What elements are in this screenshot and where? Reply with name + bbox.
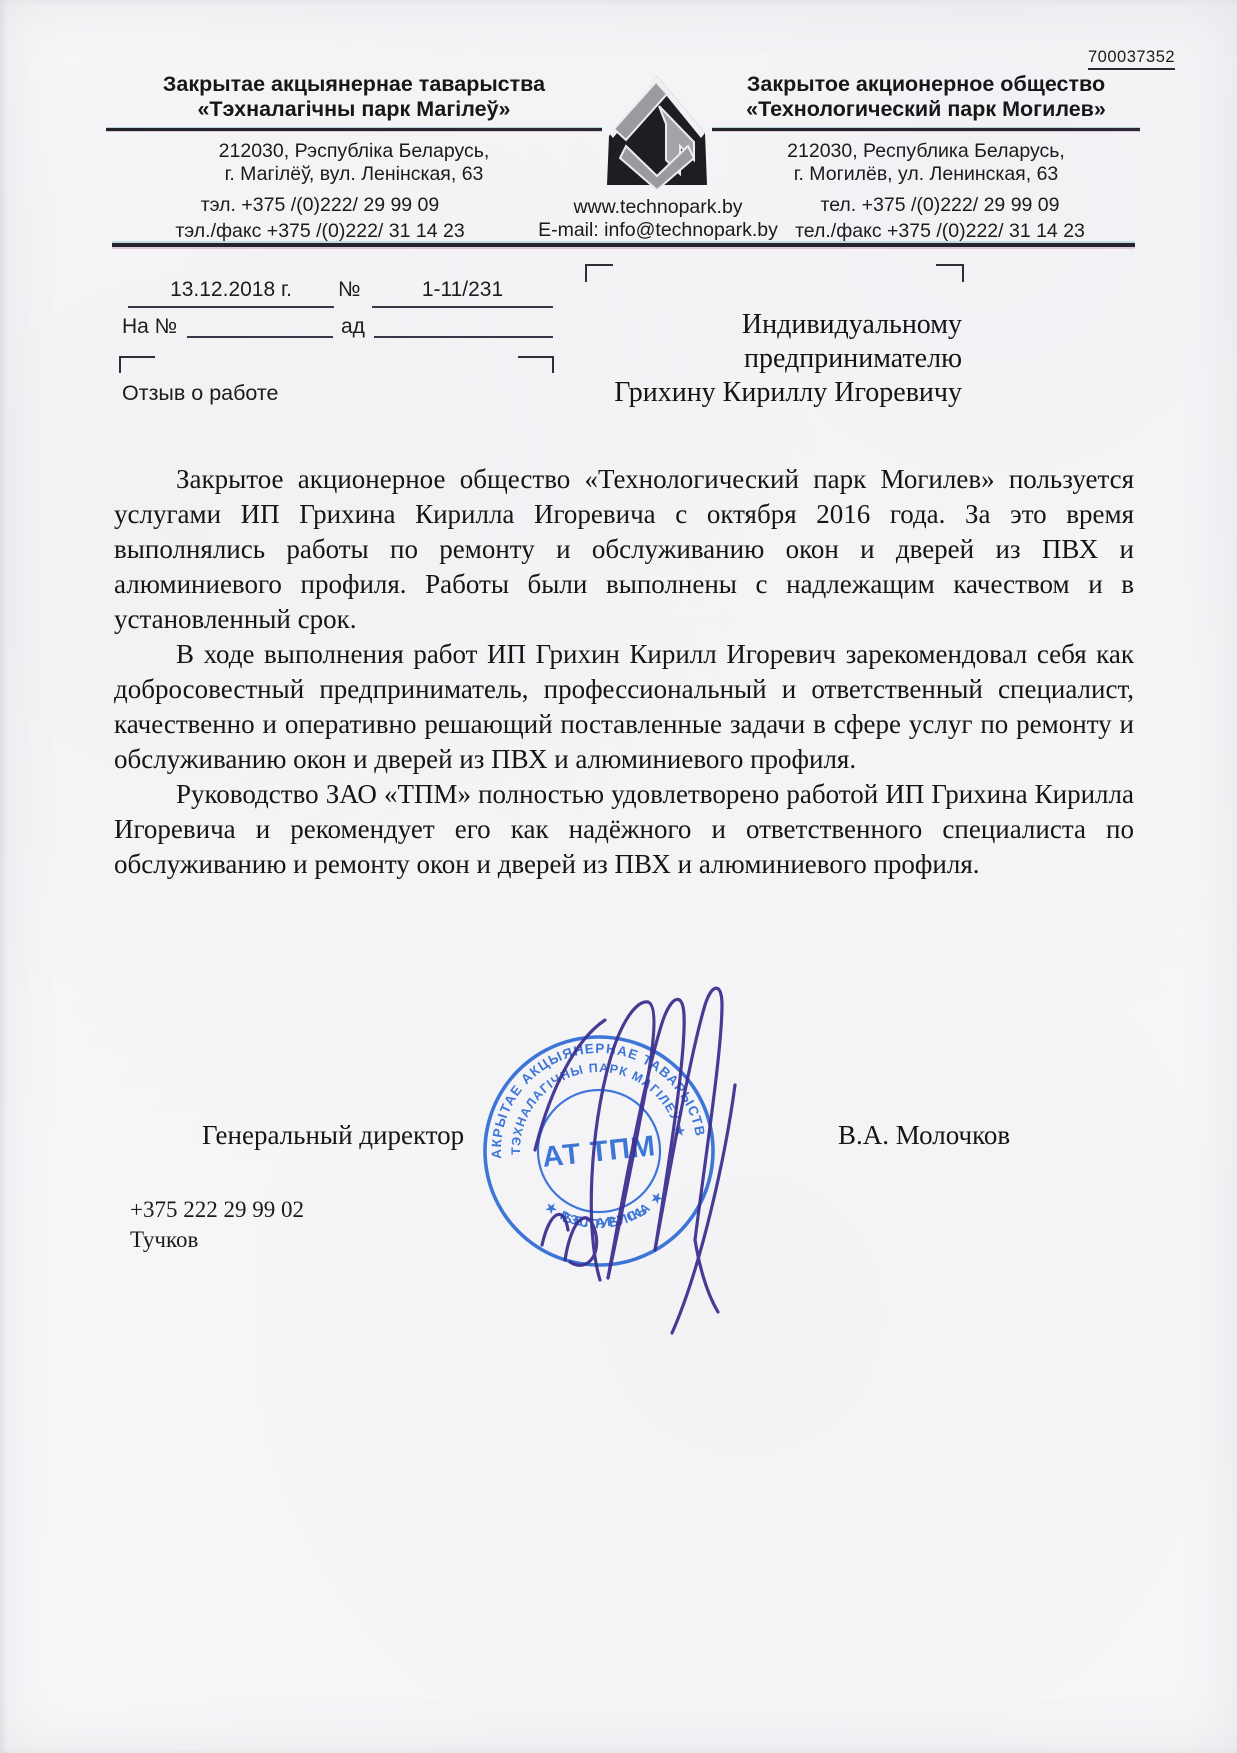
phone-ru: тел. +375 /(0)222/ 29 99 09	[756, 192, 1124, 218]
fax-by: тэл./факс +375 /(0)222/ 31 14 23	[138, 218, 502, 244]
subject-zone-corner-right	[518, 356, 554, 373]
reply-number-field	[187, 315, 333, 338]
org-address-ru-line2: г. Могилёв, ул. Ленинская, 63	[712, 163, 1140, 186]
fax-ru: тел./факс +375 /(0)222/ 31 14 23	[756, 218, 1124, 244]
org-name-by-line1: Закрытае акцыянернае таварыства	[106, 72, 602, 97]
org-name-ru-line2: «Технологический парк Могилев»	[712, 97, 1140, 122]
org-block-russian: Закрытое акционерное общество «Технологи…	[712, 72, 1140, 122]
recipient-line2: предпринимателю	[600, 342, 962, 376]
contacts-right: тел. +375 /(0)222/ 29 99 09 тел./факс +3…	[756, 192, 1124, 244]
contacts-center: www.technopark.by E-mail: info@technopar…	[538, 196, 778, 242]
body-paragraph-3: Руководство ЗАО «ТПМ» полностью удовлетв…	[114, 777, 1134, 882]
letter-number-field: 1-11/231	[372, 278, 553, 308]
letter-date: 13.12.2018 г.	[170, 278, 292, 301]
email-link: E-mail: info@technopark.by	[538, 219, 778, 242]
org-ru-divider	[712, 128, 1140, 131]
document-serial-number: 700037352	[1088, 48, 1175, 70]
address-zone-corner-left	[585, 264, 613, 282]
org-name-ru-line1: Закрытое акционерное общество	[712, 72, 1140, 97]
org-address-by-line1: 212030, Рэспубліка Беларусь,	[106, 140, 602, 163]
recipient-line1: Индивидуальному	[600, 308, 962, 342]
from-label: ад	[341, 315, 365, 339]
letter-body: Закрытое акционерное общество «Технологи…	[114, 462, 1134, 882]
recipient-line3: Грихину Кириллу Игоревичу	[600, 376, 962, 410]
org-address-ru: 212030, Республика Беларусь, г. Могилёв,…	[712, 140, 1140, 186]
org-block-belarusian: Закрытае акцыянернае таварыства «Тэхнала…	[106, 72, 602, 122]
phone-by: тэл. +375 /(0)222/ 29 99 09	[138, 192, 502, 218]
org-name-by-line2: «Тэхналагічны парк Магілеў»	[106, 97, 602, 122]
executor-phone: +375 222 29 99 02	[130, 1196, 304, 1224]
director-signature	[520, 965, 755, 1340]
subject-line: Отзыв о работе	[122, 381, 278, 406]
org-by-divider	[106, 128, 602, 131]
org-address-by: 212030, Рэспубліка Беларусь, г. Магілёў,…	[106, 140, 602, 186]
reply-date-field	[374, 315, 553, 338]
website-link: www.technopark.by	[538, 196, 778, 219]
technopark-logo-icon	[604, 72, 710, 190]
recipient-block: Индивидуальному предпринимателю Грихину …	[600, 308, 962, 410]
subject-zone-corner-left	[119, 356, 155, 373]
scanned-letter: 700037352 Закрытае акцыянернае таварыств…	[0, 0, 1237, 1753]
header-divider	[112, 243, 1135, 247]
letter-date-field: 13.12.2018 г.	[128, 278, 334, 308]
address-zone-corner-right	[936, 264, 964, 282]
org-address-by-line2: г. Магілёў, вул. Ленінская, 63	[106, 163, 602, 186]
letter-number: 1-11/231	[422, 278, 503, 301]
reply-to-label: На №	[122, 315, 177, 339]
executor-name: Тучков	[130, 1226, 198, 1254]
signer-name: В.А. Молочков	[838, 1120, 1010, 1151]
org-address-ru-line1: 212030, Республика Беларусь,	[712, 140, 1140, 163]
number-label: №	[338, 278, 361, 302]
signer-position: Генеральный директор	[202, 1120, 464, 1151]
body-paragraph-2: В ходе выполнения работ ИП Грихин Кирилл…	[114, 637, 1134, 777]
body-paragraph-1: Закрытое акционерное общество «Технологи…	[114, 462, 1134, 637]
contacts-left: тэл. +375 /(0)222/ 29 99 09 тэл./факс +3…	[138, 192, 502, 244]
